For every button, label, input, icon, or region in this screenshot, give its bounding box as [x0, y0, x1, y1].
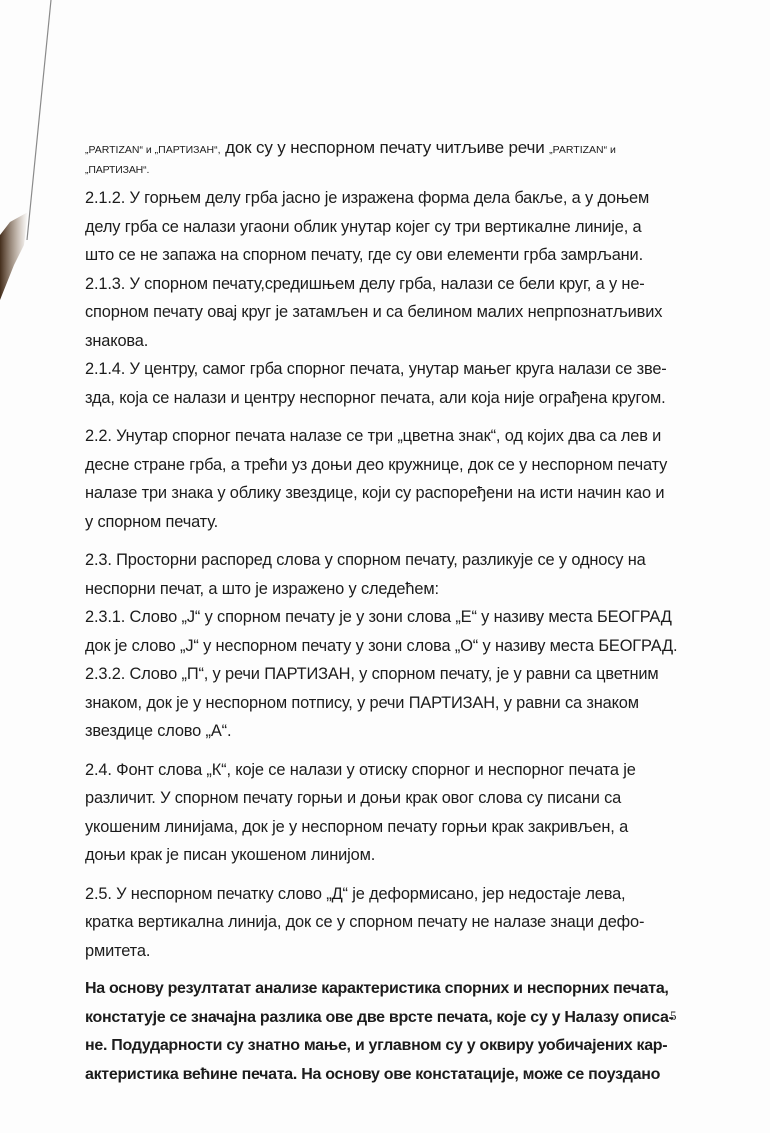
- paragraph-line: рмитета.: [85, 937, 695, 966]
- paragraph-line: у спорном печату.: [85, 508, 695, 537]
- section-2-1-3: 2.1.3. У спорном печату,средишњем делу г…: [85, 270, 695, 356]
- paragraph-line: доњи крак је писан укошеном линијом.: [85, 841, 695, 870]
- scanned-page-edge: [0, 0, 60, 300]
- paragraph-line: 2.1.3. У спорном печату,средишњем делу г…: [85, 270, 695, 299]
- paragraph-line: звездице слово „А“.: [85, 717, 695, 746]
- conclusion-line: На основу резултатат анализе карактерист…: [85, 975, 695, 1004]
- paragraph-line: 2.2. Унутар спорног печата налазе се три…: [85, 422, 695, 451]
- conclusion-line: констатује се значајна разлика ове две в…: [85, 1004, 695, 1033]
- intro-text: док су у неспорном печату читљиве речи: [221, 138, 550, 157]
- paragraph-line: 2.1.2. У горњем делу грба јасно је израж…: [85, 184, 695, 213]
- paragraph-line: зда, која се налази и центру неспорног п…: [85, 384, 695, 413]
- section-2-2: 2.2. Унутар спорног печата налазе се три…: [85, 422, 695, 536]
- paragraph-gap: [85, 965, 695, 975]
- document-body: „PARTIZAN“ и „ПАРТИЗАН“, док су у неспор…: [85, 138, 695, 1089]
- paragraph-line: 2.3.1. Слово „Ј“ у спорном печату је у з…: [85, 603, 695, 632]
- paragraph-line: 2.3. Просторни распоред слова у спорном …: [85, 546, 695, 575]
- conclusion-line: не. Подударности су знатно мање, и углав…: [85, 1032, 695, 1061]
- paragraph-line: делу грба се налази угаони облик унутар …: [85, 213, 695, 242]
- paragraph-line: док је слово „Ј“ у неспорном печату у зо…: [85, 632, 695, 661]
- paragraph-gap: [85, 870, 695, 880]
- paragraph-line: различит. У спорном печату горњи и доњи …: [85, 784, 695, 813]
- section-2-1-4: 2.1.4. У центру, самог грба спорног печа…: [85, 355, 695, 412]
- paragraph-gap: [85, 412, 695, 422]
- paragraph-line: 2.4. Фонт слова „К“, које се налази у от…: [85, 756, 695, 785]
- paragraph-line: знаком, док је у неспорном потпису, у ре…: [85, 689, 695, 718]
- intro-quote-2: „PARTIZAN“ и: [549, 144, 616, 156]
- paragraph-line: неспорни печат, а што је изражено у след…: [85, 575, 695, 604]
- paragraph-line: 2.1.4. У центру, самог грба спорног печа…: [85, 355, 695, 384]
- intro-quote-1: „PARTIZAN“ и „ПАРТИЗАН“,: [85, 144, 221, 156]
- section-2-1-2: 2.1.2. У горњем делу грба јасно је израж…: [85, 184, 695, 270]
- paragraph-gap: [85, 746, 695, 756]
- section-2-4: 2.4. Фонт слова „К“, које се налази у от…: [85, 756, 695, 870]
- paragraph-line: знакова.: [85, 327, 695, 356]
- conclusion-paragraph: На основу резултатат анализе карактерист…: [85, 975, 695, 1089]
- intro-line-2: „ПАРТИЗАН“.: [85, 160, 695, 180]
- paragraph-line: 2.3.2. Слово „П“, у речи ПАРТИЗАН, у спо…: [85, 660, 695, 689]
- section-2-3: 2.3. Просторни распоред слова у спорном …: [85, 546, 695, 746]
- section-2-5: 2.5. У неспорном печатку слово „Д“ је де…: [85, 880, 695, 966]
- paragraph-line: десне стране грба, а трећи уз доњи део к…: [85, 451, 695, 480]
- paragraph-gap: [85, 536, 695, 546]
- conclusion-line: актеристика већине печата. На основу ове…: [85, 1061, 695, 1090]
- paragraph-line: што се не запажа на спорном печату, где …: [85, 241, 695, 270]
- intro-line-1: „PARTIZAN“ и „ПАРТИЗАН“, док су у неспор…: [85, 138, 695, 160]
- paragraph-line: 2.5. У неспорном печатку слово „Д“ је де…: [85, 880, 695, 909]
- paragraph-line: кратка вертикална линија, док се у спорн…: [85, 908, 695, 937]
- paragraph-line: налазе три знака у облику звездице, који…: [85, 479, 695, 508]
- page-number: 5: [670, 1008, 677, 1024]
- paragraph-line: укошеним линијама, док је у неспорном пе…: [85, 813, 695, 842]
- paragraph-line: спорном печату овај круг је затамљен и с…: [85, 298, 695, 327]
